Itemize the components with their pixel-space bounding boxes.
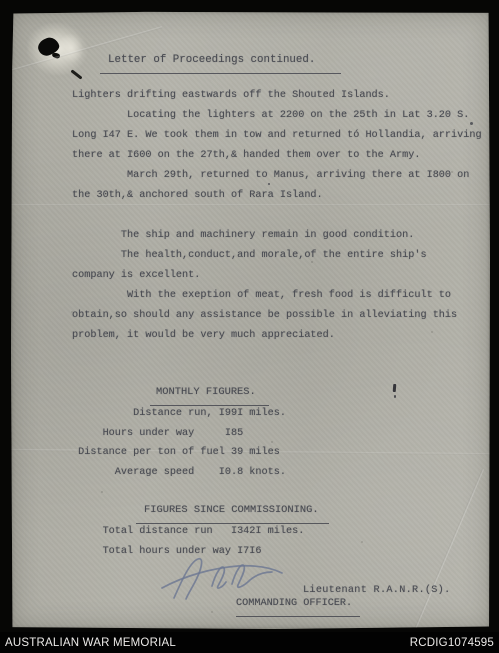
commanding-officer-line: COMMANDING OFFICER. [236,594,360,617]
letter-heading: Letter of Proceedings continued. [100,50,341,74]
pen-tick-mark [394,395,396,398]
scanned-document-view: Letter of Proceedings continued. Lighter… [0,0,499,653]
letter-body-paragraphs: Lighters drifting eastwards off the Shou… [72,86,482,346]
pen-tick-mark [393,384,397,392]
since-commissioning-lines: Total distance run I342I miles. Total ho… [72,522,304,562]
since-commissioning-heading: FIGURES SINCE COMMISSIONING. [136,500,329,524]
commanding-officer-text: COMMANDING OFFICER. [236,594,360,617]
scanned-letter-page: Letter of Proceedings continued. Lighter… [11,11,490,629]
letter-heading-text: Letter of Proceedings continued. [100,50,341,74]
paper-crease-line [415,469,484,629]
reference-id-label: RCDIG1074595 [410,637,494,649]
monthly-figures-lines: Distance run, I99I miles. Hours under wa… [72,404,286,482]
institution-label: AUSTRALIAN WAR MEMORIAL [5,637,176,649]
archive-bar: AUSTRALIAN WAR MEMORIAL RCDIG1074595 [0,632,499,653]
since-commissioning-heading-text: FIGURES SINCE COMMISSIONING. [136,500,329,524]
monthly-figures-heading: MONTHLY FIGURES. [150,382,269,406]
monthly-figures-heading-text: MONTHLY FIGURES. [150,382,269,406]
